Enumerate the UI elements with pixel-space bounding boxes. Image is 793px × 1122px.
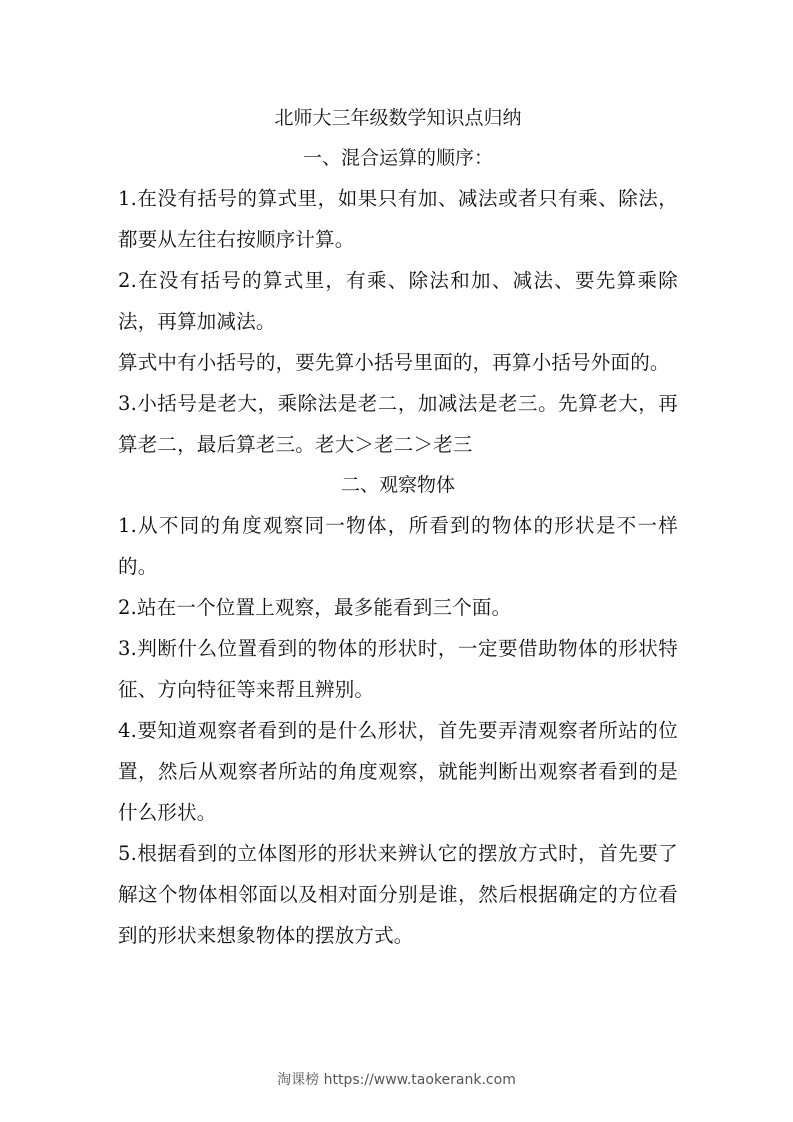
footer-watermark: 淘课榜 https://www.taokerank.com bbox=[0, 1069, 793, 1089]
section-heading: 一、混合运算的顺序： bbox=[118, 138, 678, 178]
paragraph: 算式中有小括号的，要先算小括号里面的，再算小括号外面的。 bbox=[118, 342, 678, 383]
paragraph: 1.从不同的角度观察同一物体，所看到的物体的形状是不一样的。 bbox=[118, 505, 678, 587]
paragraph: 3.小括号是老大，乘除法是老二，加减法是老三。先算老大，再算老二，最后算老三。老… bbox=[118, 383, 678, 465]
paragraph: 3.判断什么位置看到的物体的形状时，一定要借助物体的形状特征、方向特征等来帮且辨… bbox=[118, 628, 678, 710]
paragraph: 2.站在一个位置上观察，最多能看到三个面。 bbox=[118, 587, 678, 628]
section-observing-objects: 二、观察物体 1.从不同的角度观察同一物体，所看到的物体的形状是不一样的。 2.… bbox=[118, 465, 678, 956]
document-title: 北师大三年级数学知识点归纳 bbox=[118, 98, 678, 138]
paragraph: 2.在没有括号的算式里，有乘、除法和加、减法、要先算乘除法，再算加减法。 bbox=[118, 260, 678, 342]
section-mixed-operations: 一、混合运算的顺序： 1.在没有括号的算式里，如果只有加、减法或者只有乘、除法，… bbox=[118, 138, 678, 465]
paragraph: 4.要知道观察者看到的是什么形状，首先要弄清观察者所站的位置，然后从观察者所站的… bbox=[118, 710, 678, 833]
document-page: 北师大三年级数学知识点归纳 一、混合运算的顺序： 1.在没有括号的算式里，如果只… bbox=[118, 98, 678, 956]
section-heading: 二、观察物体 bbox=[118, 465, 678, 505]
paragraph: 5.根据看到的立体图形的形状来辨认它的摆放方式时，首先要了解这个物体相邻面以及相… bbox=[118, 833, 678, 956]
paragraph: 1.在没有括号的算式里，如果只有加、减法或者只有乘、除法，都要从左往右按顺序计算… bbox=[118, 178, 678, 260]
